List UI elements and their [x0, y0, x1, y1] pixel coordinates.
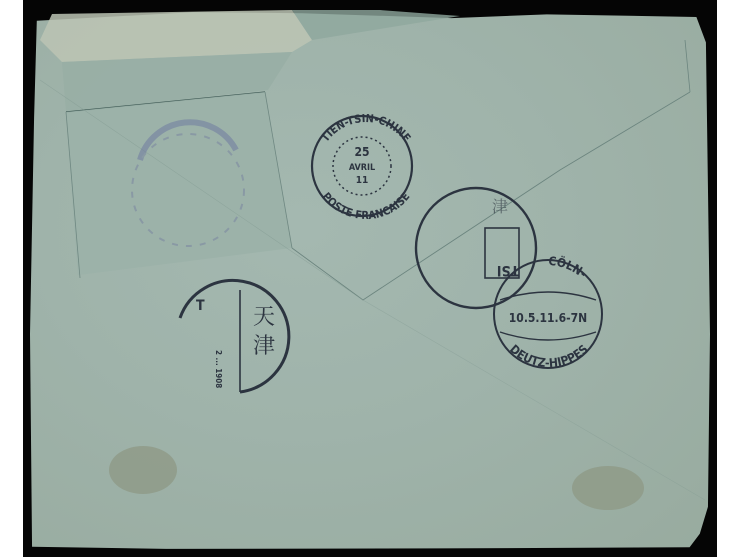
fold-line [363, 300, 705, 500]
chinese-upper-chars: 津 [492, 197, 508, 216]
envelope-details: TIEN-TSIN-CHINE POSTE FRANCAISE 25 AVRIL… [0, 0, 740, 557]
chinese-postmark-upper: 津 TSI [416, 188, 536, 308]
cologne-bottom-text: DEUTZ-HIPPES [507, 342, 591, 370]
chinese-lower-date: 2 ... 1908 [214, 350, 223, 388]
cologne-date: 10.5.11.6-7N [509, 311, 587, 325]
label-area [66, 92, 292, 275]
chinese-postmark-lower: T 天 津 2 ... 1908 [180, 280, 289, 392]
tientsin-postmark: TIEN-TSIN-CHINE POSTE FRANCAISE 25 AVRIL… [312, 112, 413, 222]
tientsin-year: 11 [356, 175, 369, 186]
chinese-lower-chars: 天 津 [250, 305, 275, 356]
cologne-top-text: CÖLN- [548, 254, 590, 281]
stain-right [572, 466, 644, 510]
fold-line [685, 40, 690, 92]
top-flap-right [292, 10, 460, 40]
tientsin-month: AVRIL [349, 163, 375, 173]
tientsin-day: 25 [354, 145, 369, 159]
tientsin-top-text: TIEN-TSIN-CHINE [319, 112, 414, 145]
chinese-lower-latin: T [196, 298, 205, 314]
stain-left [109, 446, 177, 494]
